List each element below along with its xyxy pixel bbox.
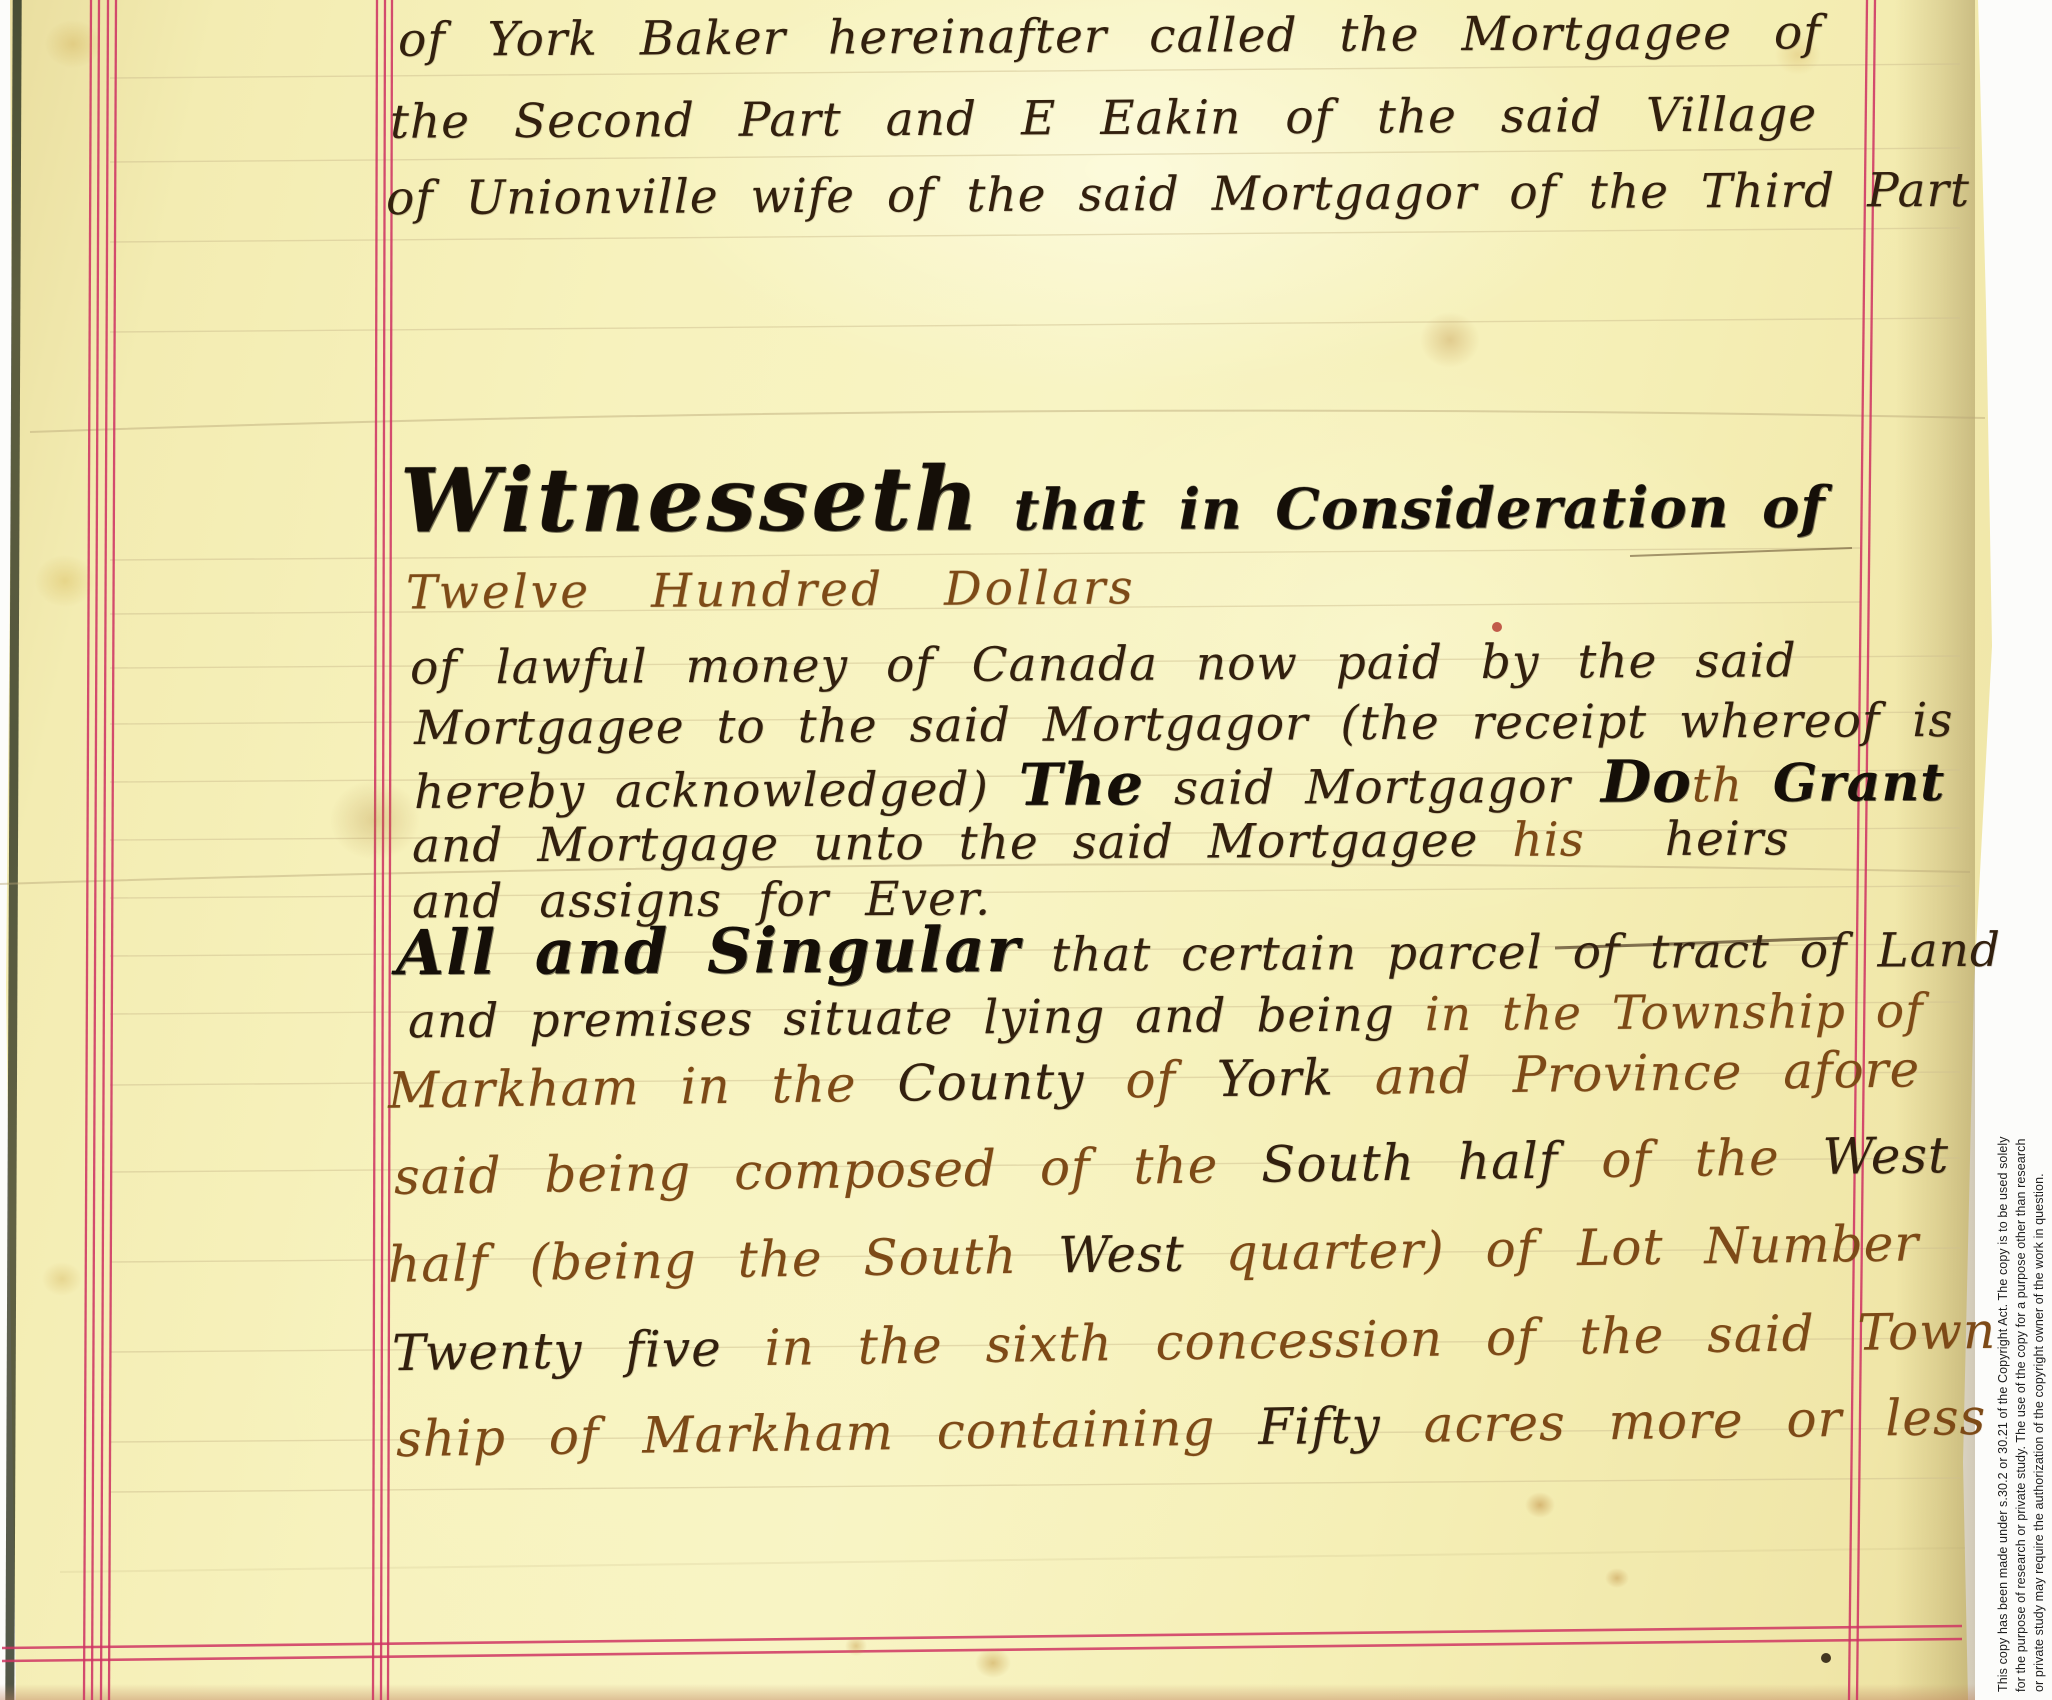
ink-segment: of York Baker hereinafter called the Mor… (398, 5, 1822, 67)
ink-segment: Twenty five (392, 1320, 723, 1383)
ink-segment: and Mortgage unto the said Mortgagee (412, 813, 1513, 874)
ink-segment: ship of Markham containing (396, 1398, 1259, 1468)
ink-segment: All and Singular (396, 913, 1022, 989)
copyright-line: This copy has been made under s.30.2 or … (1994, 1072, 2012, 1692)
ink-segment: acres more or less (1380, 1388, 1986, 1454)
ink-segment: Fifty (1258, 1396, 1381, 1456)
manuscript-line: Mortgagee to the said Mortgagor (the rec… (414, 696, 1954, 753)
copyright-notice-text: This copy has been made under s.30.2 or … (1994, 1072, 2052, 1692)
ink-segment: Witnesseth (400, 446, 981, 552)
ink-segment: Markham in the (388, 1055, 898, 1120)
ink-segment: County (897, 1052, 1085, 1113)
ink-segment: South half (1261, 1132, 1559, 1194)
ink-segment: Mortgagee to the said Mortgagor (the rec… (414, 693, 1954, 756)
ink-segment: that certain parcel of tract of Land (1021, 923, 2001, 983)
ink-segment: West (1822, 1126, 1949, 1186)
ink-segment: The (1019, 750, 1145, 819)
ink-segment: hereby acknowledged) (414, 762, 1019, 820)
manuscript-line: of lawful money of Canada now paid by th… (410, 636, 1797, 693)
ink-segment: in the Township of (1425, 984, 1924, 1042)
ink-segment: of Unionville wife of the said Mortgagor… (386, 163, 1970, 226)
manuscript-line: All and Singular that certain parcel of … (396, 912, 2001, 985)
ink-segment: Twelve Hundred Dollars (406, 560, 1136, 620)
ink-segment: said being composed of the (394, 1136, 1262, 1206)
manuscript-line: of York Baker hereinafter called the Mor… (398, 8, 1822, 65)
ink-segment: said Mortgagor (1144, 759, 1601, 816)
ink-segment: th (1692, 758, 1773, 813)
ink-segment: and Province afore (1333, 1040, 1920, 1106)
manuscript-line: of Unionville wife of the said Mortgagor… (386, 166, 1970, 224)
manuscript-line: hereby acknowledged) The said Mortgagor … (414, 750, 1946, 819)
ink-segment: that in Consideration of (981, 475, 1826, 544)
manuscript-line: and premises situate lying and being in … (408, 987, 1924, 1047)
manuscript-line: Twelve Hundred Dollars (406, 563, 1136, 617)
ink-segment: and premises situate lying and being (408, 987, 1425, 1049)
copyright-line: or private study may require the authori… (2030, 1072, 2048, 1692)
ink-segment: York (1216, 1048, 1334, 1108)
scanned-document-page: of York Baker hereinafter called the Mor… (0, 0, 2052, 1700)
copyright-line: for the purpose of research or private s… (2012, 1072, 2030, 1692)
ink-segment: Do (1601, 747, 1692, 815)
manuscript-line: and Mortgage unto the said Mortgagee his… (412, 814, 1790, 871)
ink-segment: of (1084, 1050, 1217, 1110)
ink-segment: West (1058, 1225, 1185, 1285)
ink-segment: quarter) of Lot Number (1184, 1214, 1919, 1282)
ink-segment: half (being the South (388, 1226, 1059, 1293)
copyright-notice: This copy has been made under s.30.2 or … (1994, 1072, 2052, 1692)
manuscript-line: Witnesseth that in Consideration of (400, 450, 1826, 547)
ink-segment: Grant (1773, 752, 1946, 814)
ink-segment: heirs (1665, 811, 1790, 867)
ink-segment: his (1512, 812, 1585, 867)
ink-segment: of lawful money of Canada now paid by th… (410, 633, 1797, 695)
manuscript-line: the Second Part and E Eakin of the said … (390, 90, 1817, 147)
ink-segment: the Second Part and E Eakin of the said … (390, 87, 1817, 149)
ink-segment: of the (1558, 1128, 1823, 1190)
